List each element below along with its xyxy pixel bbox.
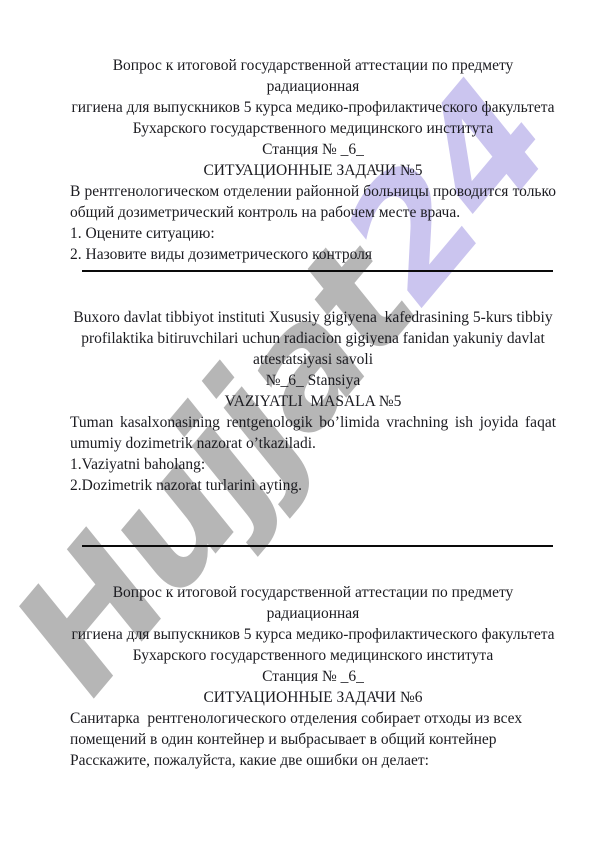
station-line: Станция № _6_ bbox=[70, 666, 556, 687]
body-line: В рентгенологическом отделении районной … bbox=[70, 181, 556, 202]
task-heading: СИТУАЦИОННЫЕ ЗАДАЧИ №5 bbox=[70, 160, 556, 181]
title-line: Бухарского государственного медицинского… bbox=[70, 645, 556, 666]
task-heading: VAZIYATLI MASALA №5 bbox=[70, 391, 556, 412]
title-line: Вопрос к итоговой государственной аттест… bbox=[70, 55, 556, 97]
body-line: помещений в один контейнер и выбрасывает… bbox=[70, 729, 556, 750]
body-line: общий дозиметрический контроль на рабоче… bbox=[70, 202, 556, 223]
section-divider bbox=[82, 545, 553, 547]
section-divider bbox=[82, 270, 553, 272]
title-line: Buxoro davlat tibbiyot instituti Xususiy… bbox=[70, 307, 556, 328]
station-line: №_6_ Stansiya bbox=[70, 370, 556, 391]
exam-question-block-ru-6: Вопрос к итоговой государственной аттест… bbox=[70, 582, 556, 771]
task-item: 1. Оцените ситуацию: bbox=[70, 223, 556, 244]
title-line: гигиена для выпускников 5 курса медико-п… bbox=[70, 97, 556, 118]
title-line: Бухарского государственного медицинского… bbox=[70, 118, 556, 139]
task-item: 2.Dozimetrik nazorat turlarini ayting. bbox=[70, 475, 556, 496]
body-line: umumiy dozimetrik nazorat o’tkaziladi. bbox=[70, 433, 556, 454]
exam-question-block-ru-5: Вопрос к итоговой государственной аттест… bbox=[70, 55, 556, 265]
task-item: 2. Назовите виды дозиметрического контро… bbox=[70, 244, 556, 265]
body-line: Санитарка рентгенологического отделения … bbox=[70, 708, 556, 729]
body-line: Расскажите, пожалуйста, какие две ошибки… bbox=[70, 750, 556, 771]
title-line: attestatsiyasi savoli bbox=[70, 349, 556, 370]
task-heading: СИТУАЦИОННЫЕ ЗАДАЧИ №6 bbox=[70, 687, 556, 708]
station-line: Станция № _6_ bbox=[70, 139, 556, 160]
task-item: 1.Vaziyatni baholang: bbox=[70, 454, 556, 475]
title-line: profilaktika bitiruvchilari uchun radiac… bbox=[70, 328, 556, 349]
exam-question-block-uz-5: Buxoro davlat tibbiyot instituti Xususiy… bbox=[70, 307, 556, 496]
body-line: Tuman kasalxonasining rentgenologik bo’l… bbox=[70, 412, 556, 433]
document-page: Hujjat24 Вопрос к итоговой государственн… bbox=[0, 0, 596, 842]
title-line: Вопрос к итоговой государственной аттест… bbox=[70, 582, 556, 624]
title-line: гигиена для выпускников 5 курса медико-п… bbox=[70, 624, 556, 645]
